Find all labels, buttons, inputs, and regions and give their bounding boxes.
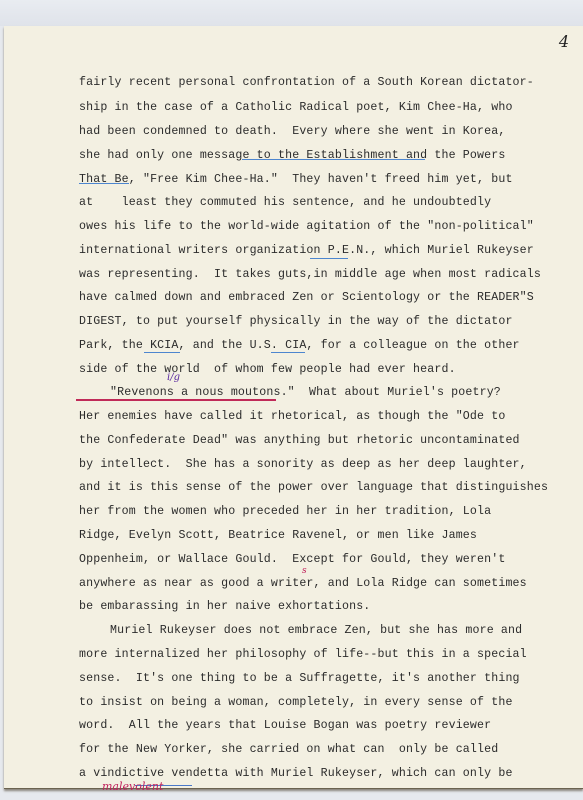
text-line: Ridge, Evelyn Scott, Beatrice Ravenel, o… [79,529,477,542]
text-line: had been condemned to death. Every where… [79,125,505,138]
text-line: fairly recent personal confrontation of … [79,76,534,89]
text-line: ship in the case of a Catholic Radical p… [79,101,513,114]
text-line: word. All the years that Louise Bogan wa… [79,719,491,732]
text-line: at least they commuted his sentence, and… [79,196,491,209]
text-line: anywhere as near as good a writer, and L… [79,577,527,590]
text-line: and it is this sense of the power over l… [79,481,548,494]
strike-through-mark [79,183,129,184]
text-line: was representing. It takes guts,in middl… [79,268,541,281]
text-line: side of the world of whom few people had… [79,363,456,376]
text-line: by intellect. She has a sonority as deep… [79,458,527,471]
text-line: "Revenons a nous moutons." What about Mu… [110,386,501,399]
text-line: Muriel Rukeyser does not embrace Zen, bu… [110,624,522,637]
text-line: Park, the KCIA, and the U.S. CIA, for a … [79,339,520,352]
red-underline [76,399,276,401]
text-line: her from the women who preceded her in h… [79,505,491,518]
insertion-mark: i/g [167,372,180,383]
scan-background [0,0,583,26]
text-line: more internalized her philosophy of life… [79,648,527,661]
blue-underline [271,352,305,353]
page-number: 4 [559,32,569,51]
text-line: she had only one message to the Establis… [79,149,505,162]
text-line: have calmed down and embraced Zen or Sci… [79,291,534,304]
text-line: for the New Yorker, she carried on what … [79,743,498,756]
strike-through-mark [242,159,425,160]
blue-underline [310,258,348,259]
text-line: owes his life to the world-wide agitatio… [79,220,534,233]
text-line: international writers organization P.E.N… [79,244,534,257]
text-line: Her enemies have called it rhetorical, a… [79,410,505,423]
text-line: Oppenheim, or Wallace Gould. Except for … [79,553,505,566]
text-line: DIGEST, to put yourself physically in th… [79,315,513,328]
text-line: sense. It's one thing to be a Suffragett… [79,672,520,685]
text-line: be embarassing in her naive exhortations… [79,600,370,613]
text-line: to insist on being a woman, completely, … [79,696,513,709]
blue-underline [144,352,180,353]
handwritten-correction: malevolent [102,780,163,793]
text-line: a vindictive vendetta with Muriel Rukeys… [79,767,513,780]
text-line: That Be, "Free Kim Chee-Ha." They haven'… [79,173,513,186]
text-line: the Confederate Dead" was anything but r… [79,434,520,447]
insertion-mark: s [302,566,307,576]
